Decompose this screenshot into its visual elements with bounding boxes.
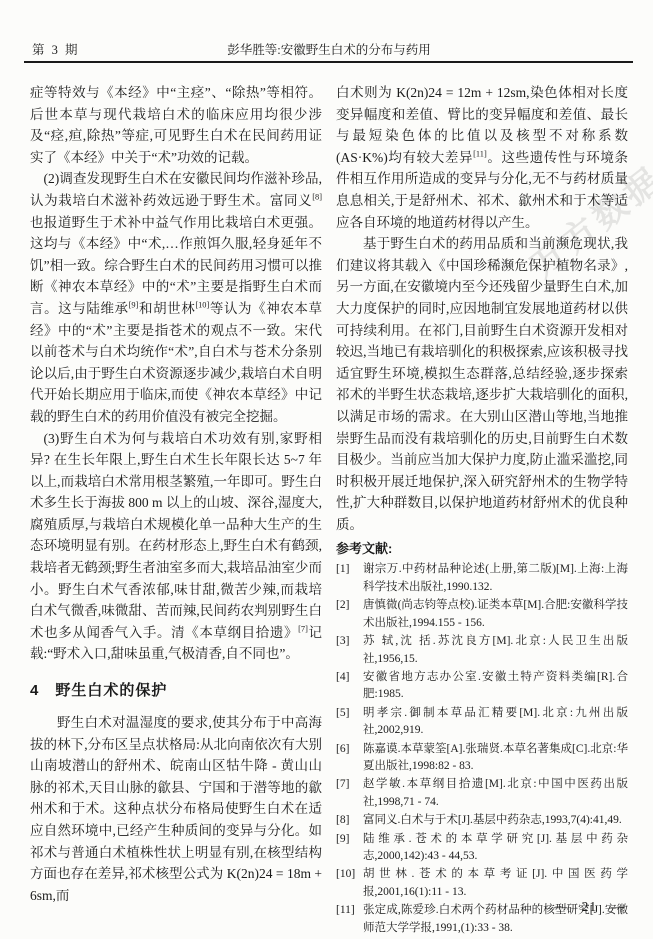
reference-item: [7]赵学敏.本草纲目拾遗[M].北京:中国中医药出版社,1998,71 - 7… <box>336 776 628 811</box>
reference-item: [5]明孝宗.御制本草品汇精要[M].北京:九州出版社,2002,919. <box>336 705 628 740</box>
reference-item: [8]富同义.白术与于术[J].基层中药杂志,1993,7(4):41,49. <box>336 812 628 829</box>
reference-text: 赵学敏.本草纲目拾遗[M].北京:中国中医药出版社,1998,71 - 74. <box>363 776 628 811</box>
reference-label: [3] <box>336 633 363 668</box>
reference-label: [8] <box>336 812 363 829</box>
reference-text: 富同义.白术与于术[J].基层中药杂志,1993,7(4):41,49. <box>363 812 628 829</box>
journal-page: 第 3 期 彭华胜等:安徽野生白术的分布与药用 症等特效与《本经》中“主痉”、“… <box>0 0 653 939</box>
reference-item: [6]陈嘉谟.本草蒙筌[A].张瑞贤.本草名著集成[C].北京:华夏出版社,19… <box>336 741 628 776</box>
reference-label: [5] <box>336 705 363 740</box>
reference-text: 谢宗万.中药材品种论述(上册,第二版)[M].上海:上海科学技术出版社,1990… <box>363 561 628 596</box>
reference-text: 苏 轼,沈 括.苏沈良方[M].北京:人民卫生出版社,1956,15. <box>363 633 628 668</box>
reference-text: 明孝宗.御制本草品汇精要[M].北京:九州出版社,2002,919. <box>363 705 628 740</box>
reference-text: 陆维承.苍术的本草学研究[J].基层中药杂志,2000,142):43 - 44… <box>363 831 628 866</box>
reference-text: 唐慎微(尚志钧等点校).证类本草[M].合肥:安徽科学技术出版社,1994.15… <box>363 597 628 632</box>
reference-label: [2] <box>336 597 363 632</box>
reference-label: [7] <box>336 776 363 811</box>
reference-item: [9]陆维承.苍术的本草学研究[J].基层中药杂志,2000,142):43 -… <box>336 831 628 866</box>
reference-text: 陈嘉谟.本草蒙筌[A].张瑞贤.本草名著集成[C].北京:华夏出版社,1998:… <box>363 741 628 776</box>
body-paragraph: (2)调查发现野生白术在安徽民间均作滋补珍品,认为栽培白术滋补药效远逊于野生术。… <box>30 168 322 427</box>
header-rule <box>24 61 633 63</box>
body-paragraph: 症等特效与《本经》中“主痉”、“除热”等相符。后世本草与现代栽培白术的临床应用均… <box>30 82 322 168</box>
reference-label: [10] <box>336 866 363 901</box>
right-column: 白术则为 K(2n)24 = 12m + 12sm,染色体相对长度变异幅度和差值… <box>336 82 628 938</box>
references-title: 参考文献: <box>336 538 628 557</box>
reference-label: [6] <box>336 741 363 776</box>
page-number: — 21 — <box>554 899 625 915</box>
reference-item: [1]谢宗万.中药材品种论述(上册,第二版)[M].上海:上海科学技术出版社,1… <box>336 561 628 596</box>
body-paragraph: 野生白术对温湿度的要求,使其分布于中高海拔的林下,分布区呈点状格局:从北向南依次… <box>30 712 322 906</box>
body-paragraph: 基于野生白术的药用品质和当前濒危现状,我们建议将其载入《中国珍稀濒危保护植物名录… <box>336 233 628 535</box>
reference-item: [2]唐慎微(尚志钧等点校).证类本草[M].合肥:安徽科学技术出版社,1994… <box>336 597 628 632</box>
reference-label: [11] <box>336 902 363 937</box>
reference-item: [4]安徽省地方志办公室.安徽土特产资料类编[R].合肥:1985. <box>336 669 628 704</box>
body-paragraph: 白术则为 K(2n)24 = 12m + 12sm,染色体相对长度变异幅度和差值… <box>336 82 628 233</box>
reference-item: [3]苏 轼,沈 括.苏沈良方[M].北京:人民卫生出版社,1956,15. <box>336 633 628 668</box>
left-column: 症等特效与《本经》中“主痉”、“除热”等相符。后世本草与现代栽培白术的临床应用均… <box>30 82 322 938</box>
reference-text: 安徽省地方志办公室.安徽土特产资料类编[R].合肥:1985. <box>363 669 628 704</box>
reference-label: [1] <box>336 561 363 596</box>
page-header: 第 3 期 彭华胜等:安徽野生白术的分布与药用 <box>30 40 628 58</box>
reference-item: [10]胡世林.苍术的本草考证[J].中国医药学报,2001,16(1):11 … <box>336 866 628 901</box>
body-columns: 症等特效与《本经》中“主痉”、“除热”等相符。后世本草与现代栽培白术的临床应用均… <box>30 82 628 938</box>
running-title: 彭华胜等:安徽野生白术的分布与药用 <box>30 40 628 58</box>
section-heading: 4 野生白术的保护 <box>30 679 322 700</box>
reference-text: 胡世林.苍术的本草考证[J].中国医药学报,2001,16(1):11 - 13… <box>363 866 628 901</box>
body-paragraph: (3)野生白术为何与栽培白术功效有别,家野相异? 在生长年限上,野生白术生长年限… <box>30 428 322 666</box>
reference-label: [9] <box>336 831 363 866</box>
reference-label: [4] <box>336 669 363 704</box>
